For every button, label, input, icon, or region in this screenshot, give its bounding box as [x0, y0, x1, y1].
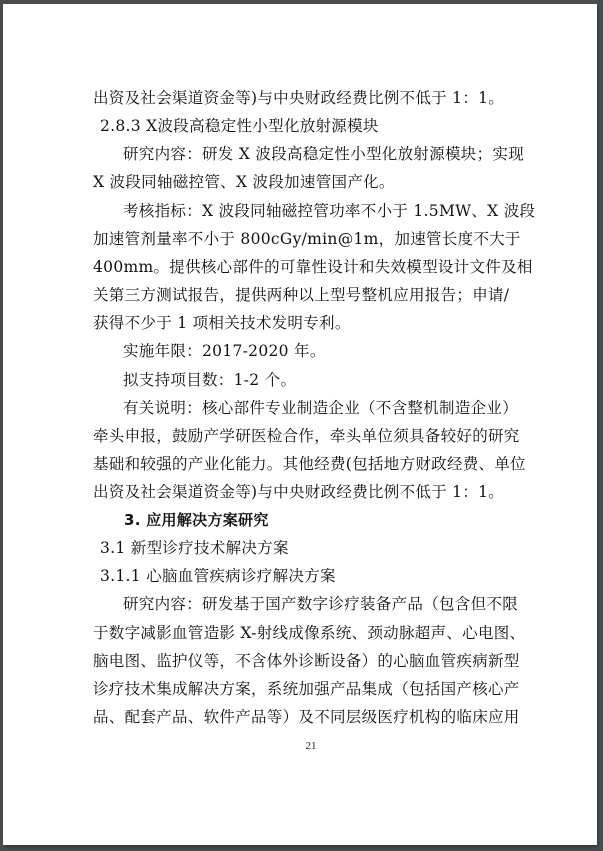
paragraph-line: 研究内容：研发基于国产数字诊疗装备产品（包含但不限 — [123, 592, 509, 616]
paragraph-line: 脑电图、监护仪等，不含体外诊断设备）的心脑血管疾病新型 — [93, 649, 509, 673]
paragraph-line: 获得不少于 1 项相关技术发明专利。 — [93, 311, 509, 335]
paragraph-line: 诊疗技术集成解决方案，系统加强产品集成（包括国产核心产 — [93, 677, 509, 701]
paragraph-line: X 波段同轴磁控管、X 波段加速管国产化。 — [93, 170, 509, 194]
paragraph-line: 于数字减影血管造影 X-射线成像系统、颈动脉超声、心电图、 — [93, 621, 509, 645]
paragraph-line: 有关说明：核心部件专业制造企业（不含整机制造企业） — [123, 396, 509, 420]
document-page: 出资及社会渠道资金等)与中央财政经费比例不低于 1：1。 2.8.3 X波段高稳… — [3, 4, 597, 845]
paragraph-line: 关第三方测试报告，提供两种以上型号整机应用报告；申请/ — [93, 283, 509, 307]
paragraph-line: 考核指标：X 波段同轴磁控管功率不小于 1.5MW、X 波段 — [123, 199, 509, 223]
paragraph-line: 拟支持项目数：1-2 个。 — [123, 368, 509, 392]
paragraph-line: 研究内容：研发 X 波段高稳定性小型化放射源模块；实现 — [123, 142, 509, 166]
paragraph-line: 400mm。提供核心部件的可靠性设计和失效模型设计文件及相 — [93, 255, 509, 279]
paragraph-line: 牵头申报，鼓励产学研医检合作，牵头单位须具备较好的研究 — [93, 424, 509, 448]
page-number: 21 — [299, 740, 323, 752]
section-heading-3-1: 3.1 新型诊疗技术解决方案 — [100, 536, 509, 560]
section-heading-2-8-3: 2.8.3 X波段高稳定性小型化放射源模块 — [100, 114, 509, 138]
paragraph-line: 出资及社会渠道资金等)与中央财政经费比例不低于 1：1。 — [93, 86, 509, 110]
paragraph-line: 实施年限：2017-2020 年。 — [123, 339, 509, 363]
section-heading-3: 3. 应用解决方案研究 — [124, 508, 509, 532]
paragraph-line: 品、配套产品、软件产品等）及不同层级医疗机构的临床应用 — [93, 705, 509, 729]
paragraph-line: 基础和较强的产业化能力。其他经费(包括地方财政经费、单位 — [93, 452, 509, 476]
paragraph-line: 出资及社会渠道资金等)与中央财政经费比例不低于 1：1。 — [93, 480, 509, 504]
paragraph-line: 加速管剂量率不小于 800cGy/min@1m，加速管长度不大于 — [93, 227, 509, 251]
section-heading-3-1-1: 3.1.1 心脑血管疾病诊疗解决方案 — [100, 564, 509, 588]
